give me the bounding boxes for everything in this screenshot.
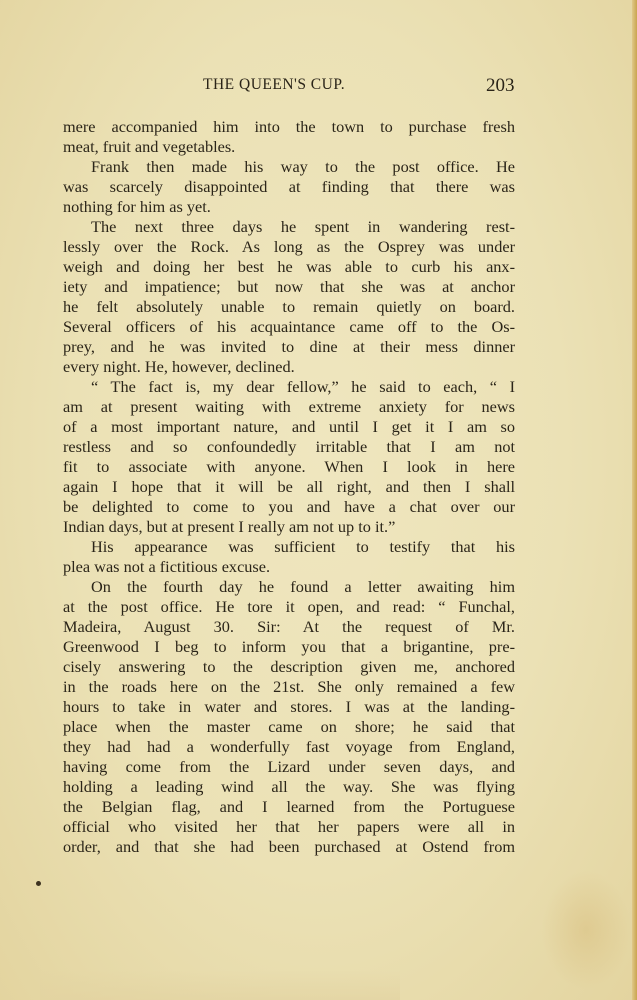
text-line: meat, fruit and vegetables.	[63, 137, 515, 157]
text-line: Greenwood I beg to inform you that a bri…	[63, 637, 515, 657]
text-line: weigh and doing her best he was able to …	[63, 257, 515, 277]
text-line: mere accompanied him into the town to pu…	[63, 117, 515, 137]
body-text: mere accompanied him into the town to pu…	[63, 117, 515, 857]
text-line: holding a leading wind all the way. She …	[63, 777, 515, 797]
page-edge	[632, 0, 637, 1000]
text-line: order, and that she had been purchased a…	[63, 837, 515, 857]
paper-stain	[541, 870, 631, 990]
text-line: am at present waiting with extreme anxie…	[63, 397, 515, 417]
text-line: every night. He, however, declined.	[63, 357, 515, 377]
text-line: Madeira, August 30. Sir: At the request …	[63, 617, 515, 637]
text-line: be delighted to come to you and have a c…	[63, 497, 515, 517]
text-line: the Belgian flag, and I learned from the…	[63, 797, 515, 817]
text-line: The next three days he spent in wanderin…	[63, 217, 515, 237]
text-line: was scarcely disappointed at finding tha…	[63, 177, 515, 197]
text-line: Several officers of his acquaintance cam…	[63, 317, 515, 337]
text-line: “ The fact is, my dear fellow,” he said …	[63, 377, 515, 397]
text-line: having come from the Lizard under seven …	[63, 757, 515, 777]
ink-spot	[36, 881, 41, 886]
text-line: prey, and he was invited to dine at thei…	[63, 337, 515, 357]
text-line: nothing for him as yet.	[63, 197, 515, 217]
paper-fold	[40, 970, 400, 1000]
running-title: THE QUEEN'S CUP.	[203, 76, 345, 94]
text-line: at the post office. He tore it open, and…	[63, 597, 515, 617]
book-page: THE QUEEN'S CUP. 203 mere accompanied hi…	[0, 0, 637, 1000]
text-line: His appearance was sufficient to testify…	[63, 537, 515, 557]
text-line: lessly over the Rock. As long as the Osp…	[63, 237, 515, 257]
text-line: place when the master came on shore; he …	[63, 717, 515, 737]
text-line: iety and impatience; but now that she wa…	[63, 277, 515, 297]
text-line: Frank then made his way to the post offi…	[63, 157, 515, 177]
text-line: in the roads here on the 21st. She only …	[63, 677, 515, 697]
page-header: THE QUEEN'S CUP. 203	[0, 72, 637, 100]
text-line: again I hope that it will be all right, …	[63, 477, 515, 497]
text-line: hours to take in water and stores. I was…	[63, 697, 515, 717]
text-line: official who visited her that her papers…	[63, 817, 515, 837]
text-line: he felt absolutely unable to remain quie…	[63, 297, 515, 317]
text-line: of a most important nature, and until I …	[63, 417, 515, 437]
page-number: 203	[486, 75, 515, 97]
text-line: cisely answering to the description give…	[63, 657, 515, 677]
text-line: On the fourth day he found a letter awai…	[63, 577, 515, 597]
text-line: fit to associate with anyone. When I loo…	[63, 457, 515, 477]
text-line: they had had a wonderfully fast voyage f…	[63, 737, 515, 757]
text-line: plea was not a fictitious excuse.	[63, 557, 515, 577]
text-line: restless and so confoundedly irritable t…	[63, 437, 515, 457]
text-line: Indian days, but at present I really am …	[63, 517, 515, 537]
